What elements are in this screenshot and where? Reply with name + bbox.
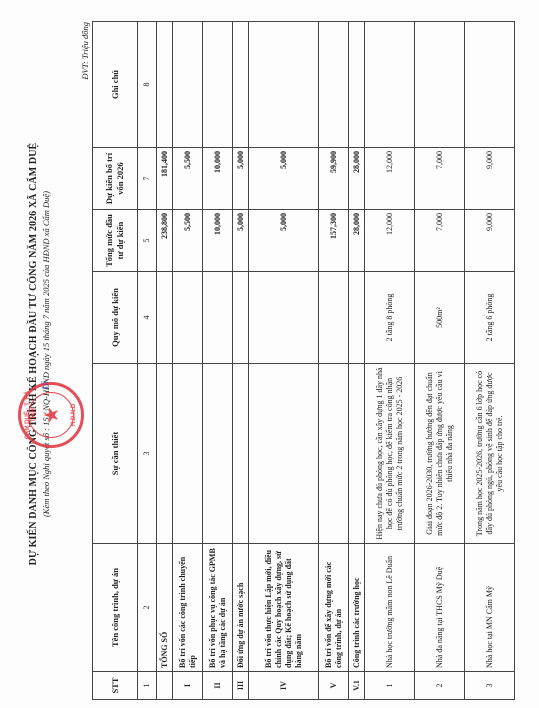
- index-cell: 7: [138, 148, 157, 210]
- header-need: Sự cần thiết: [93, 364, 138, 544]
- table-row: TỔNG SỐ238,800181,400: [157, 22, 173, 700]
- handwritten-number: 15: [40, 381, 50, 390]
- header-stt: STT: [93, 672, 138, 700]
- header-note: Ghi chú: [93, 22, 138, 148]
- rotated-document-page: DỰ KIẾN DANH MỤC CÔNG TRÌNH KẾ HOẠCH ĐẦU…: [0, 0, 539, 708]
- official-seal: CẨM DUỆ · T. HÀ TĨNH ★ H.Đ.N.D: [18, 382, 84, 448]
- cell-stt: 2: [415, 672, 465, 700]
- table-header-row: STT Tên công trình, dự án Sự cần thiết Q…: [93, 22, 138, 700]
- column-index-row: 1 2 3 4 5 7 8: [138, 22, 157, 700]
- table-row: IIIĐối ứng dự án nước sạch5,0005,000: [233, 22, 249, 700]
- cell-name: Bố trí vốn phục vụ công tác GPMB và hạ t…: [203, 544, 233, 672]
- cell-name: Đối ứng dự án nước sạch: [233, 544, 249, 672]
- header-scale: Quy mô dự kiến: [93, 272, 138, 364]
- star-icon: ★: [39, 385, 64, 445]
- cell-total: 5,000: [249, 210, 319, 272]
- cell-scale: [173, 272, 203, 364]
- cell-need: Trong năm học 2025-2026, trường cần 6 lớ…: [465, 364, 515, 544]
- cell-total: 238,800: [157, 210, 173, 272]
- cell-note: [157, 22, 173, 148]
- cell-total: 12,000: [365, 210, 415, 272]
- cell-note: [173, 22, 203, 148]
- cell-scale: [233, 272, 249, 364]
- cell-note: [319, 22, 349, 148]
- cell-scale: [249, 272, 319, 364]
- cell-scale: [319, 272, 349, 364]
- cell-name: Bố trí vốn để xây dựng mới các công trìn…: [319, 544, 349, 672]
- cell-total: 7,000: [415, 210, 465, 272]
- cell-stt: [157, 672, 173, 700]
- cell-name: Nhà đa năng tại THCS Mỹ Duệ: [415, 544, 465, 672]
- header-total: Tổng mức đầu tư dự kiến: [93, 210, 138, 272]
- cell-name: Bố trí vốn thực hiện Lập mới, điều chỉnh…: [249, 544, 319, 672]
- cell-stt: 1: [365, 672, 415, 700]
- cell-note: [203, 22, 233, 148]
- header-plan-2026: Dự kiến bố trí vốn 2026: [93, 148, 138, 210]
- index-cell: 5: [138, 210, 157, 272]
- table-row: VBố trí vốn để xây dựng mới các công trì…: [319, 22, 349, 700]
- cell-plan2026: 9,000: [465, 148, 515, 210]
- investment-table: STT Tên công trình, dự án Sự cần thiết Q…: [92, 21, 515, 700]
- document-title: DỰ KIẾN DANH MỤC CÔNG TRÌNH KẾ HOẠCH ĐẦU…: [28, 0, 39, 708]
- cell-need: [173, 364, 203, 544]
- cell-plan2026: 10,000: [203, 148, 233, 210]
- table-row: IIBố trí vốn phục vụ công tác GPMB và hạ…: [203, 22, 233, 700]
- unit-label: ĐVT: Triệu đồng: [80, 22, 90, 80]
- cell-plan2026: 5,000: [249, 148, 319, 210]
- cell-need: [233, 364, 249, 544]
- index-cell: 8: [138, 22, 157, 148]
- cell-note: [415, 22, 465, 148]
- cell-scale: 2 tầng 8 phòng: [365, 272, 415, 364]
- seal-bottom-text: H.Đ.N.D: [71, 385, 77, 445]
- cell-scale: 2 tầng 6 phòng: [465, 272, 515, 364]
- cell-stt: IV: [249, 672, 319, 700]
- cell-scale: [349, 272, 365, 364]
- table-row: V.1Công trình các trường học28,00028,000: [349, 22, 365, 700]
- cell-need: Giai đoạn 2026-2030, trường hướng đến đạ…: [415, 364, 465, 544]
- cell-name: Nhà học tại MN Cẩm Mỹ: [465, 544, 515, 672]
- cell-plan2026: 5,500: [173, 148, 203, 210]
- document-subtitle: (Kèm theo Nghị quyết số : 15 / NQ-HĐND n…: [41, 0, 51, 708]
- index-cell: 1: [138, 672, 157, 700]
- table-row: 1Nhà học trường mầm non Lê DuẩnHiện nay …: [365, 22, 415, 700]
- cell-name: Nhà học trường mầm non Lê Duẩn: [365, 544, 415, 672]
- index-cell: 2: [138, 544, 157, 672]
- cell-note: [465, 22, 515, 148]
- cell-total: 5,500: [173, 210, 203, 272]
- table-row: IBố trí vốn các công trình chuyển tiếp5,…: [173, 22, 203, 700]
- cell-need: Hiện nay chưa đủ phòng học, cần xây dựng…: [365, 364, 415, 544]
- index-cell: 4: [138, 272, 157, 364]
- cell-need: [249, 364, 319, 544]
- cell-name: Bố trí vốn các công trình chuyển tiếp: [173, 544, 203, 672]
- cell-plan2026: 181,400: [157, 148, 173, 210]
- cell-total: 5,000: [233, 210, 249, 272]
- table-row: IVBố trí vốn thực hiện Lập mới, điều chỉ…: [249, 22, 319, 700]
- cell-plan2026: 59,900: [319, 148, 349, 210]
- cell-name: TỔNG SỐ: [157, 544, 173, 672]
- cell-stt: III: [233, 672, 249, 700]
- cell-total: 157,300: [319, 210, 349, 272]
- cell-stt: II: [203, 672, 233, 700]
- cell-total: 9,000: [465, 210, 515, 272]
- cell-need: [319, 364, 349, 544]
- cell-stt: V: [319, 672, 349, 700]
- cell-need: [157, 364, 173, 544]
- cell-plan2026: 7,000: [415, 148, 465, 210]
- table-row: 3Nhà học tại MN Cẩm MỹTrong năm học 2025…: [465, 22, 515, 700]
- cell-stt: 3: [465, 672, 515, 700]
- cell-need: [349, 364, 365, 544]
- cell-scale: [157, 272, 173, 364]
- header-name: Tên công trình, dự án: [93, 544, 138, 672]
- cell-note: [349, 22, 365, 148]
- cell-total: 10,000: [203, 210, 233, 272]
- cell-plan2026: 28,000: [349, 148, 365, 210]
- cell-scale: [203, 272, 233, 364]
- index-cell: 3: [138, 364, 157, 544]
- cell-plan2026: 5,000: [233, 148, 249, 210]
- seal-top-text: CẨM DUỆ · T. HÀ TĨNH: [25, 385, 37, 445]
- cell-note: [233, 22, 249, 148]
- table-row: 2Nhà đa năng tại THCS Mỹ DuệGiai đoạn 20…: [415, 22, 465, 700]
- cell-note: [365, 22, 415, 148]
- cell-total: 28,000: [349, 210, 365, 272]
- cell-plan2026: 12,000: [365, 148, 415, 210]
- cell-name: Công trình các trường học: [349, 544, 365, 672]
- cell-note: [249, 22, 319, 148]
- cell-need: [203, 364, 233, 544]
- cell-scale: 500m²: [415, 272, 465, 364]
- cell-stt: V.1: [349, 672, 365, 700]
- cell-stt: I: [173, 672, 203, 700]
